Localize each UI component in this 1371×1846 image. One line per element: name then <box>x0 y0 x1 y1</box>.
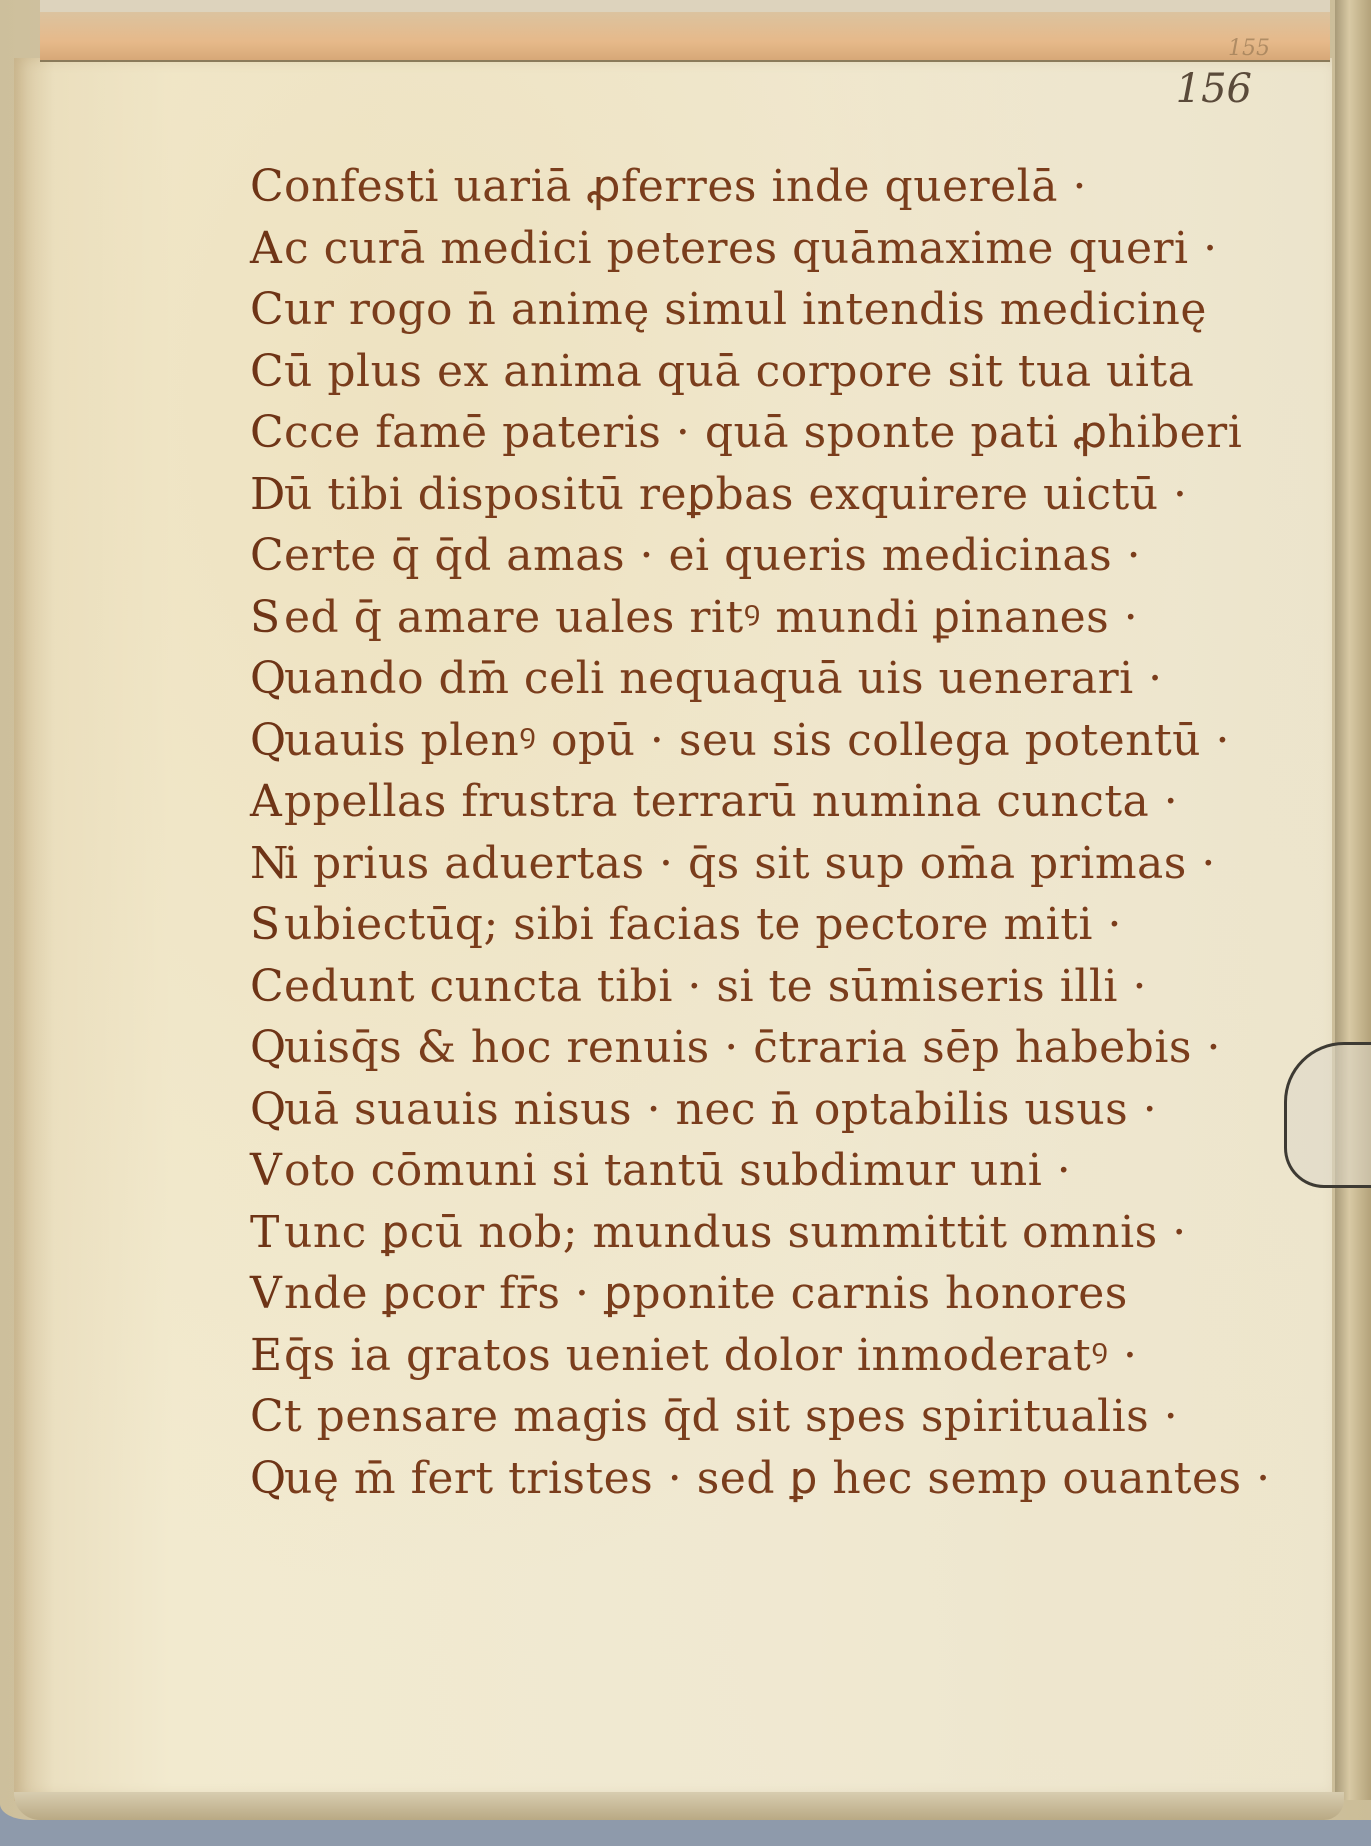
line-text: cce famē pateris · quā sponte pati ꝓhibe… <box>284 407 1242 458</box>
line-initial: D <box>250 464 284 526</box>
line-initial: C <box>250 525 284 587</box>
line-text: ubiectūq; sibi facias te pectore miti · <box>284 899 1122 950</box>
line-initial: C <box>250 156 284 218</box>
line-initial: E <box>250 1325 284 1387</box>
flyleaf-torn-edge <box>40 0 1330 12</box>
verse-line: Ct pensare magis q̄d sit spes spirituali… <box>250 1386 1330 1448</box>
verse-line: Tunc ꝑcū nob; mundus summittit omnis · <box>250 1202 1330 1264</box>
line-text: uā suauis nisus · nec n̄ optabilis usus … <box>284 1084 1157 1135</box>
line-text: q̄s ia gratos ueniet dolor inmoderatꝰ · <box>284 1330 1137 1381</box>
manuscript-page: 156 Confesti uariā ꝓferres inde querelā … <box>14 58 1332 1801</box>
verse-line: Quā suauis nisus · nec n̄ optabilis usus… <box>250 1079 1330 1141</box>
verse-line: Vnde ꝑcor fr̄s · ꝑponite carnis honores <box>250 1263 1330 1325</box>
line-initial: Q <box>250 1448 284 1510</box>
flyleaf-number: 155 <box>1228 36 1270 61</box>
folio-number: 156 <box>1176 66 1252 112</box>
line-initial: A <box>250 218 284 280</box>
line-text: uę m̄ fert tristes · sed ꝑ hec semp ouan… <box>284 1453 1271 1504</box>
verse-line: Quisq̄s & hoc renuis · c̄traria sēp habe… <box>250 1017 1330 1079</box>
line-initial: S <box>250 894 284 956</box>
verse-text-block: Confesti uariā ꝓferres inde querelā · Ac… <box>250 156 1330 1509</box>
line-text: oto cōmuni si tantū subdimur uni · <box>284 1145 1071 1196</box>
verse-line: Quando dm̄ celi nequaquā uis uenerari · <box>250 648 1330 710</box>
line-initial: Q <box>250 1079 284 1141</box>
verse-line: Confesti uariā ꝓferres inde querelā · <box>250 156 1330 218</box>
verse-line: Ac curā medici peteres quāmaxime queri · <box>250 218 1330 280</box>
line-initial: N <box>250 833 284 895</box>
line-text: ur rogo n̄ animę simul intendis medicinę <box>284 284 1207 335</box>
line-text: uisq̄s & hoc renuis · c̄traria sēp habeb… <box>284 1022 1221 1073</box>
line-text: ppellas frustra terrarū numina cuncta · <box>284 776 1178 827</box>
line-initial: Q <box>250 1017 284 1079</box>
verse-line: Ccce famē pateris · quā sponte pati ꝓhib… <box>250 402 1330 464</box>
line-text: unc ꝑcū nob; mundus summittit omnis · <box>284 1207 1187 1258</box>
verse-line: Cedunt cuncta tibi · si te sūmiseris ill… <box>250 956 1330 1018</box>
verse-line: Appellas frustra terrarū numina cuncta · <box>250 771 1330 833</box>
line-text: ed q̄ amare uales ritꝰ mundi ꝑinanes · <box>284 592 1138 643</box>
line-text: uando dm̄ celi nequaquā uis uenerari · <box>284 653 1163 704</box>
verse-line: Ni prius aduertas · q̄s sit sup om̄a pri… <box>250 833 1330 895</box>
line-initial: T <box>250 1202 284 1264</box>
page-bottom-edge <box>14 1792 1344 1820</box>
line-text: c curā medici peteres quāmaxime queri · <box>284 223 1218 274</box>
line-initial: C <box>250 341 284 403</box>
line-text: t pensare magis q̄d sit spes spiritualis… <box>284 1391 1178 1442</box>
line-initial: Q <box>250 710 284 772</box>
binding-right-edge <box>1335 0 1371 1800</box>
flyleaf-top-strip: 155 <box>40 0 1330 62</box>
line-initial: S <box>250 587 284 649</box>
verse-line: Cū plus ex anima quā corpore sit tua uit… <box>250 341 1330 403</box>
line-text: i prius aduertas · q̄s sit sup om̄a prim… <box>284 838 1216 889</box>
verse-line: Subiectūq; sibi facias te pectore miti · <box>250 894 1330 956</box>
line-text: uauis plenꝰ opū · seu sis collega potent… <box>284 715 1230 766</box>
verse-line: Certe q̄ q̄d amas · ei queris medicinas … <box>250 525 1330 587</box>
line-text: onfesti uariā ꝓferres inde querelā · <box>284 161 1087 212</box>
verse-line: Eq̄s ia gratos ueniet dolor inmoderatꝰ · <box>250 1325 1330 1387</box>
gutter-shadow <box>14 58 54 1798</box>
verse-line: Cur rogo n̄ animę simul intendis medicin… <box>250 279 1330 341</box>
line-text: ū tibi dispositū reꝑbas exquirere uictū … <box>284 469 1188 520</box>
line-initial: V <box>250 1140 284 1202</box>
line-initial: Q <box>250 648 284 710</box>
verse-line: Quauis plenꝰ opū · seu sis collega poten… <box>250 710 1330 772</box>
line-text: edunt cuncta tibi · si te sūmiseris illi… <box>284 961 1147 1012</box>
line-initial: C <box>250 402 284 464</box>
line-text: ū plus ex anima quā corpore sit tua uita <box>284 346 1194 397</box>
line-initial: A <box>250 771 284 833</box>
line-initial: V <box>250 1263 284 1325</box>
page-clip <box>1284 1042 1371 1188</box>
line-initial: C <box>250 956 284 1018</box>
verse-line: Quę m̄ fert tristes · sed ꝑ hec semp oua… <box>250 1448 1330 1510</box>
line-text: erte q̄ q̄d amas · ei queris medicinas · <box>284 530 1141 581</box>
verse-line: Dū tibi dispositū reꝑbas exquirere uictū… <box>250 464 1330 526</box>
line-initial: C <box>250 279 284 341</box>
line-text: nde ꝑcor fr̄s · ꝑponite carnis honores <box>284 1268 1128 1319</box>
line-initial: C <box>250 1386 284 1448</box>
verse-line: Voto cōmuni si tantū subdimur uni · <box>250 1140 1330 1202</box>
verse-line: Sed q̄ amare uales ritꝰ mundi ꝑinanes · <box>250 587 1330 649</box>
